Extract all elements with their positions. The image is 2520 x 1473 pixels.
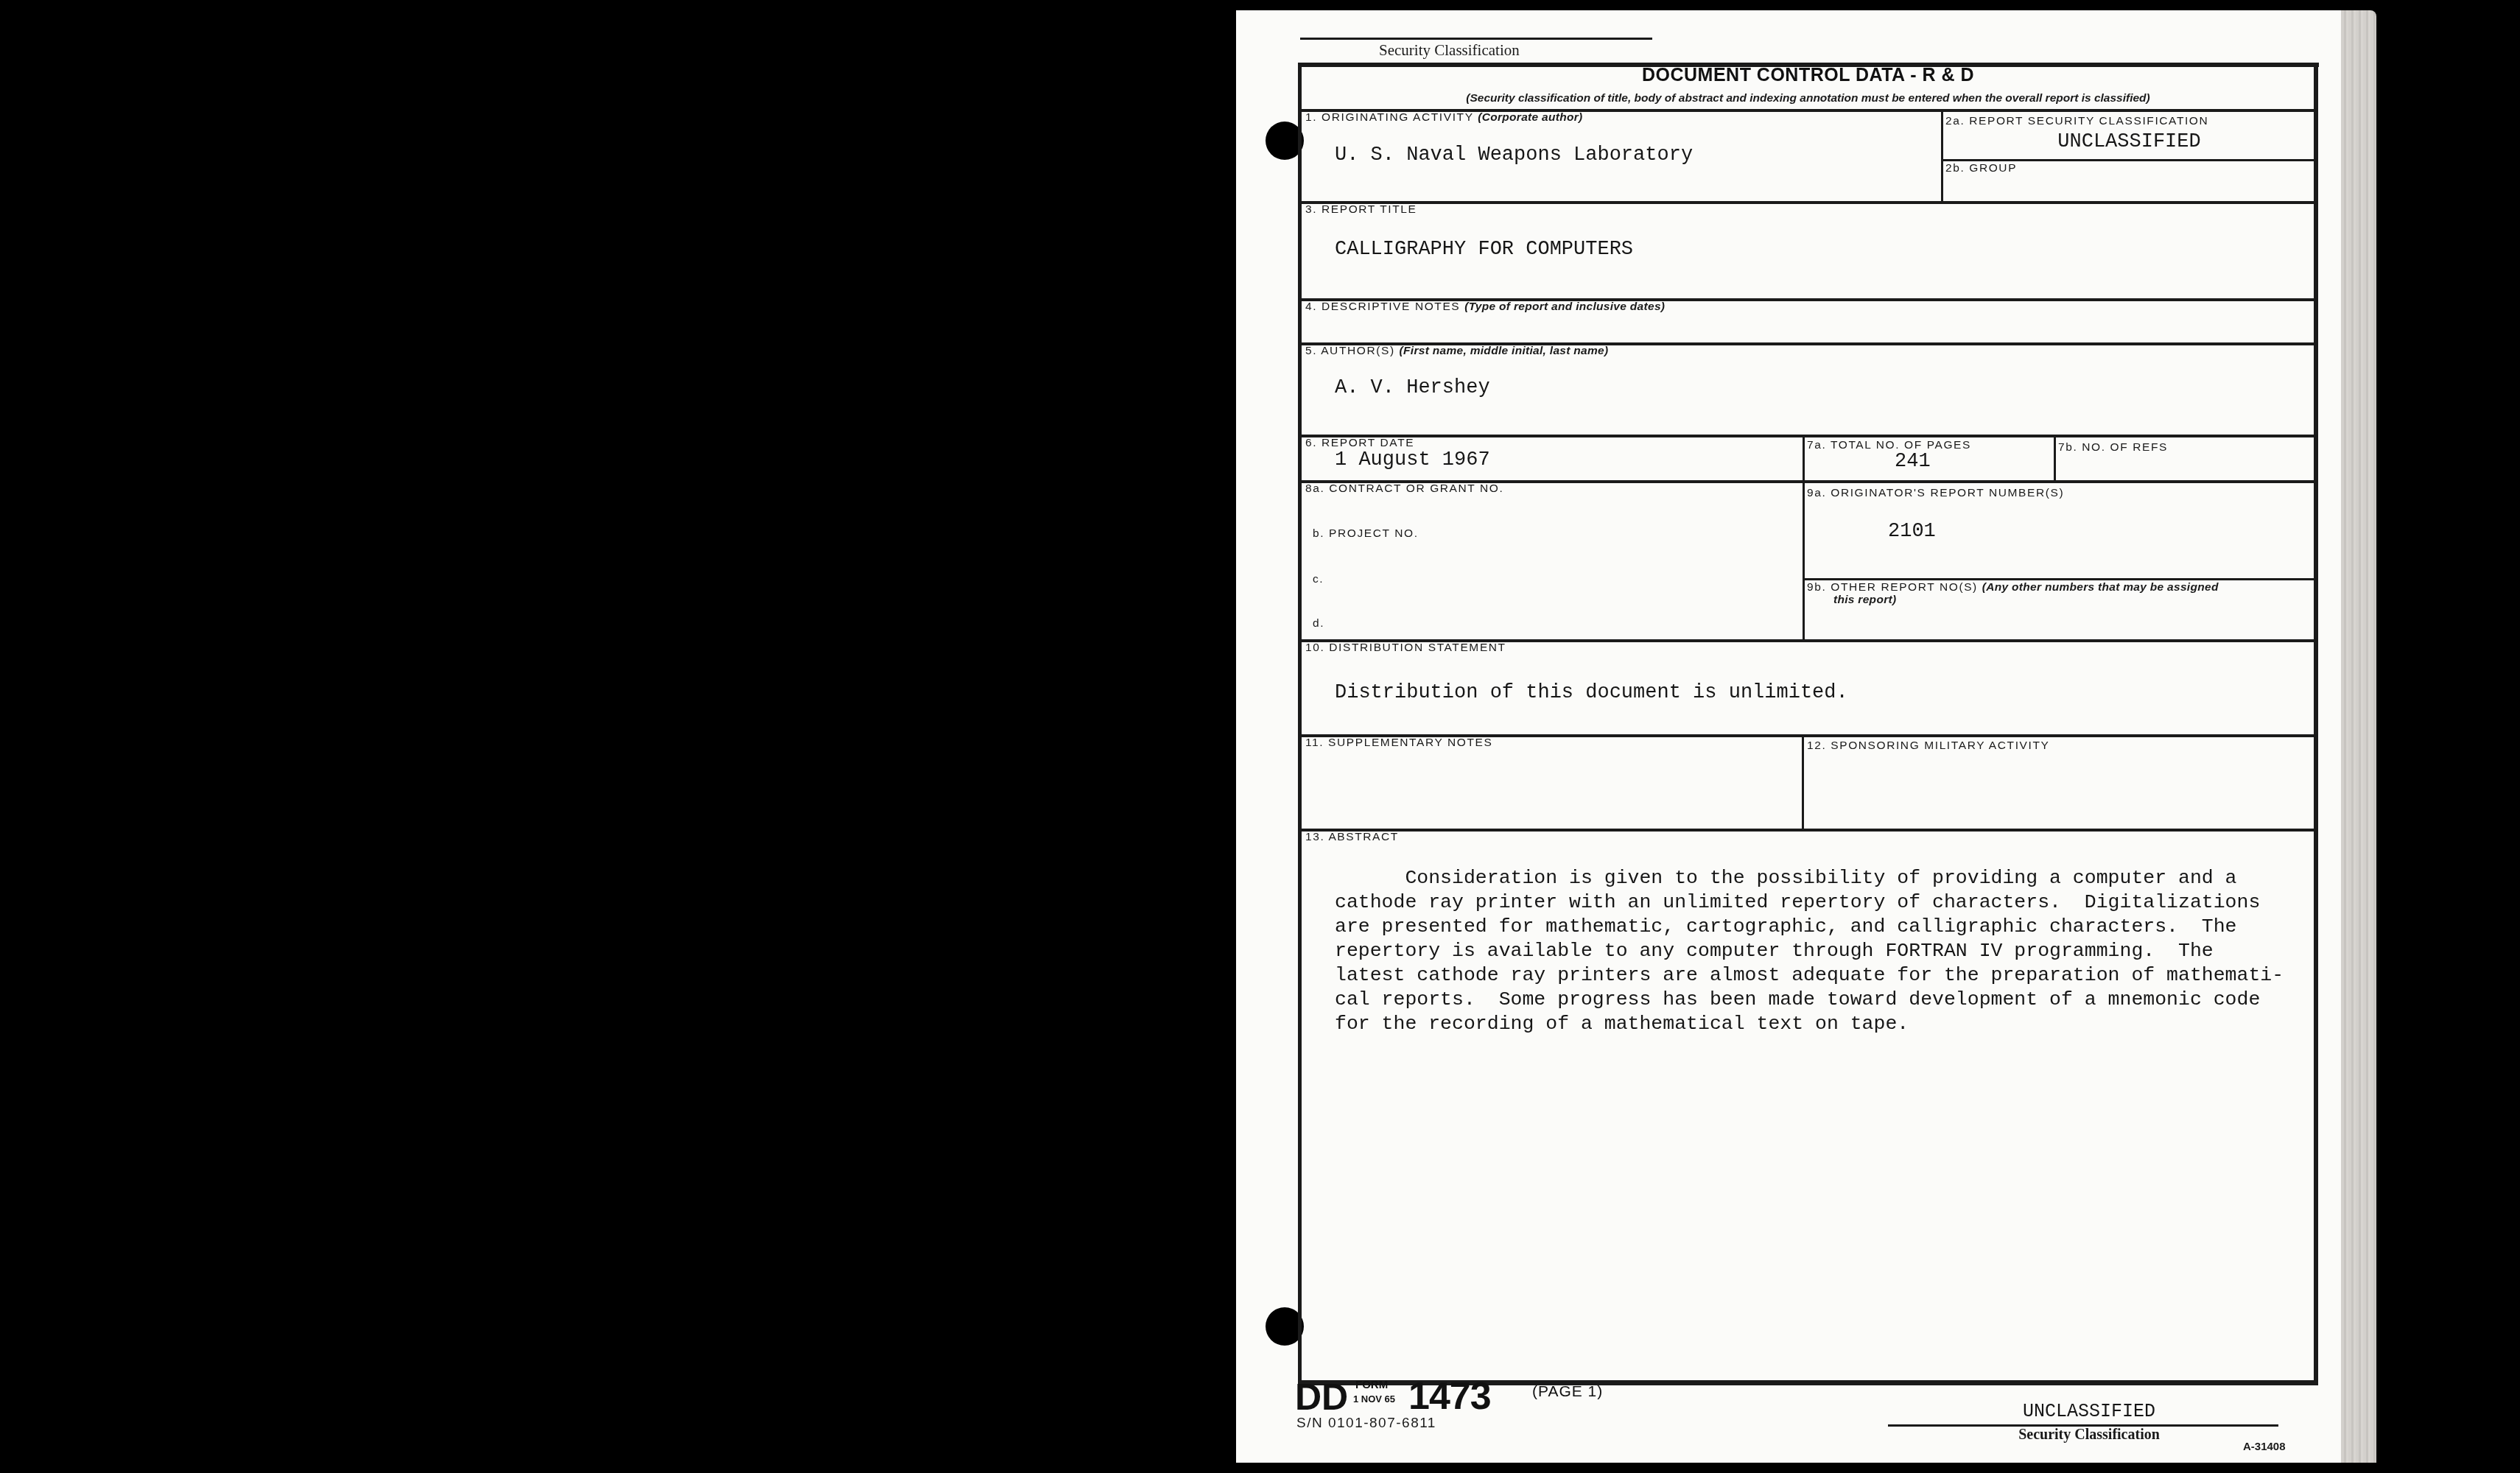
header-security-label: Security Classification — [1379, 41, 1520, 60]
label-authors: 5. AUTHOR(S) (First name, middle initial… — [1305, 345, 1608, 358]
value-total-pages: 241 — [1895, 451, 1931, 473]
serial-number: S/N 0101-807-6811 — [1296, 1416, 1436, 1432]
form-date: 1 NOV 65 — [1353, 1393, 1395, 1405]
label-no-of-refs: 7b. NO. OF REFS — [2058, 441, 2168, 454]
label-project-no: b. PROJECT NO. — [1313, 527, 1419, 541]
abstract-line: for the recording of a mathematical text… — [1335, 1012, 2292, 1036]
rule-row6 — [1300, 435, 2317, 437]
abstract-text: Consideration is given to the possibilit… — [1335, 866, 2292, 1036]
header-rule — [1300, 38, 1652, 40]
divider-row6-9 — [1803, 436, 1805, 642]
label-report-security-classification: 2a. REPORT SECURITY CLASSIFICATION — [1945, 115, 2208, 128]
rule-row3 — [1300, 201, 2317, 204]
rule-row13 — [1300, 829, 2317, 832]
label-contract-no: 8a. CONTRACT OR GRANT NO. — [1305, 482, 1503, 496]
label-distribution-statement: 10. DISTRIBUTION STATEMENT — [1305, 641, 1506, 655]
label-item-c: c. — [1313, 573, 1324, 586]
value-originating-activity: U. S. Naval Weapons Laboratory — [1335, 144, 1693, 166]
value-distribution-statement: Distribution of this document is unlimit… — [1335, 682, 1848, 704]
value-report-date: 1 August 1967 — [1335, 449, 1490, 471]
form-subtitle: (Security classification of title, body … — [1298, 92, 2318, 105]
label-report-date: 6. REPORT DATE — [1305, 437, 1414, 450]
value-report-title: CALLIGRAPHY FOR COMPUTERS — [1335, 239, 1633, 261]
label-group: 2b. GROUP — [1945, 162, 2017, 175]
form-number: 1473 — [1408, 1374, 1491, 1418]
label-abstract: 13. ABSTRACT — [1305, 831, 1399, 844]
rule-2b — [1942, 159, 2315, 161]
form-prefix: DD — [1295, 1376, 1348, 1418]
abstract-line: Consideration is given to the possibilit… — [1335, 866, 2292, 890]
abstract-line: latest cathode ray printers are almost a… — [1335, 963, 2292, 988]
footer-classification: UNCLASSIFIED — [1890, 1401, 2288, 1422]
page-edge-strip — [2341, 10, 2376, 1463]
divider-7b — [2054, 436, 2056, 482]
label-item-d: d. — [1313, 617, 1324, 630]
label-originating-activity: 1. ORIGINATING ACTIVITY (Corporate autho… — [1305, 111, 1583, 124]
divider-row11 — [1802, 736, 1804, 830]
label-sponsoring-activity: 12. SPONSORING MILITARY ACTIVITY — [1807, 739, 2049, 753]
abstract-line: are presented for mathematic, cartograph… — [1335, 915, 2292, 939]
value-originator-report-number: 2101 — [1888, 521, 1936, 543]
rule-9b — [1804, 578, 2317, 580]
form-word: FORM — [1355, 1379, 1388, 1391]
label-report-title: 3. REPORT TITLE — [1305, 203, 1417, 217]
label-originator-report-number: 9a. ORIGINATOR'S REPORT NUMBER(S) — [1807, 487, 2064, 500]
value-report-security-classification: UNCLASSIFIED — [1943, 131, 2315, 153]
page-label: (PAGE 1) — [1532, 1383, 1603, 1401]
label-total-pages: 7a. TOTAL NO. OF PAGES — [1807, 439, 1971, 452]
form-left-border — [1298, 63, 1302, 1385]
footer-code: A-31408 — [2243, 1441, 2286, 1453]
abstract-line: repertory is available to any computer t… — [1335, 939, 2292, 963]
footer-security-label: Security Classification — [1890, 1427, 2288, 1444]
label-other-report-numbers: 9b. OTHER REPORT NO(S) (Any other number… — [1807, 581, 2219, 606]
form-right-border — [2314, 65, 2318, 1385]
value-authors: A. V. Hershey — [1335, 377, 1490, 399]
abstract-line: cathode ray printer with an unlimited re… — [1335, 890, 2292, 915]
form-title: DOCUMENT CONTROL DATA - R & D — [1298, 65, 2318, 86]
divider-row1 — [1941, 110, 1943, 203]
label-supplementary-notes: 11. SUPPLEMENTARY NOTES — [1305, 736, 1492, 750]
abstract-line: cal reports. Some progress has been made… — [1335, 988, 2292, 1012]
label-descriptive-notes: 4. DESCRIPTIVE NOTES (Type of report and… — [1305, 300, 1665, 314]
